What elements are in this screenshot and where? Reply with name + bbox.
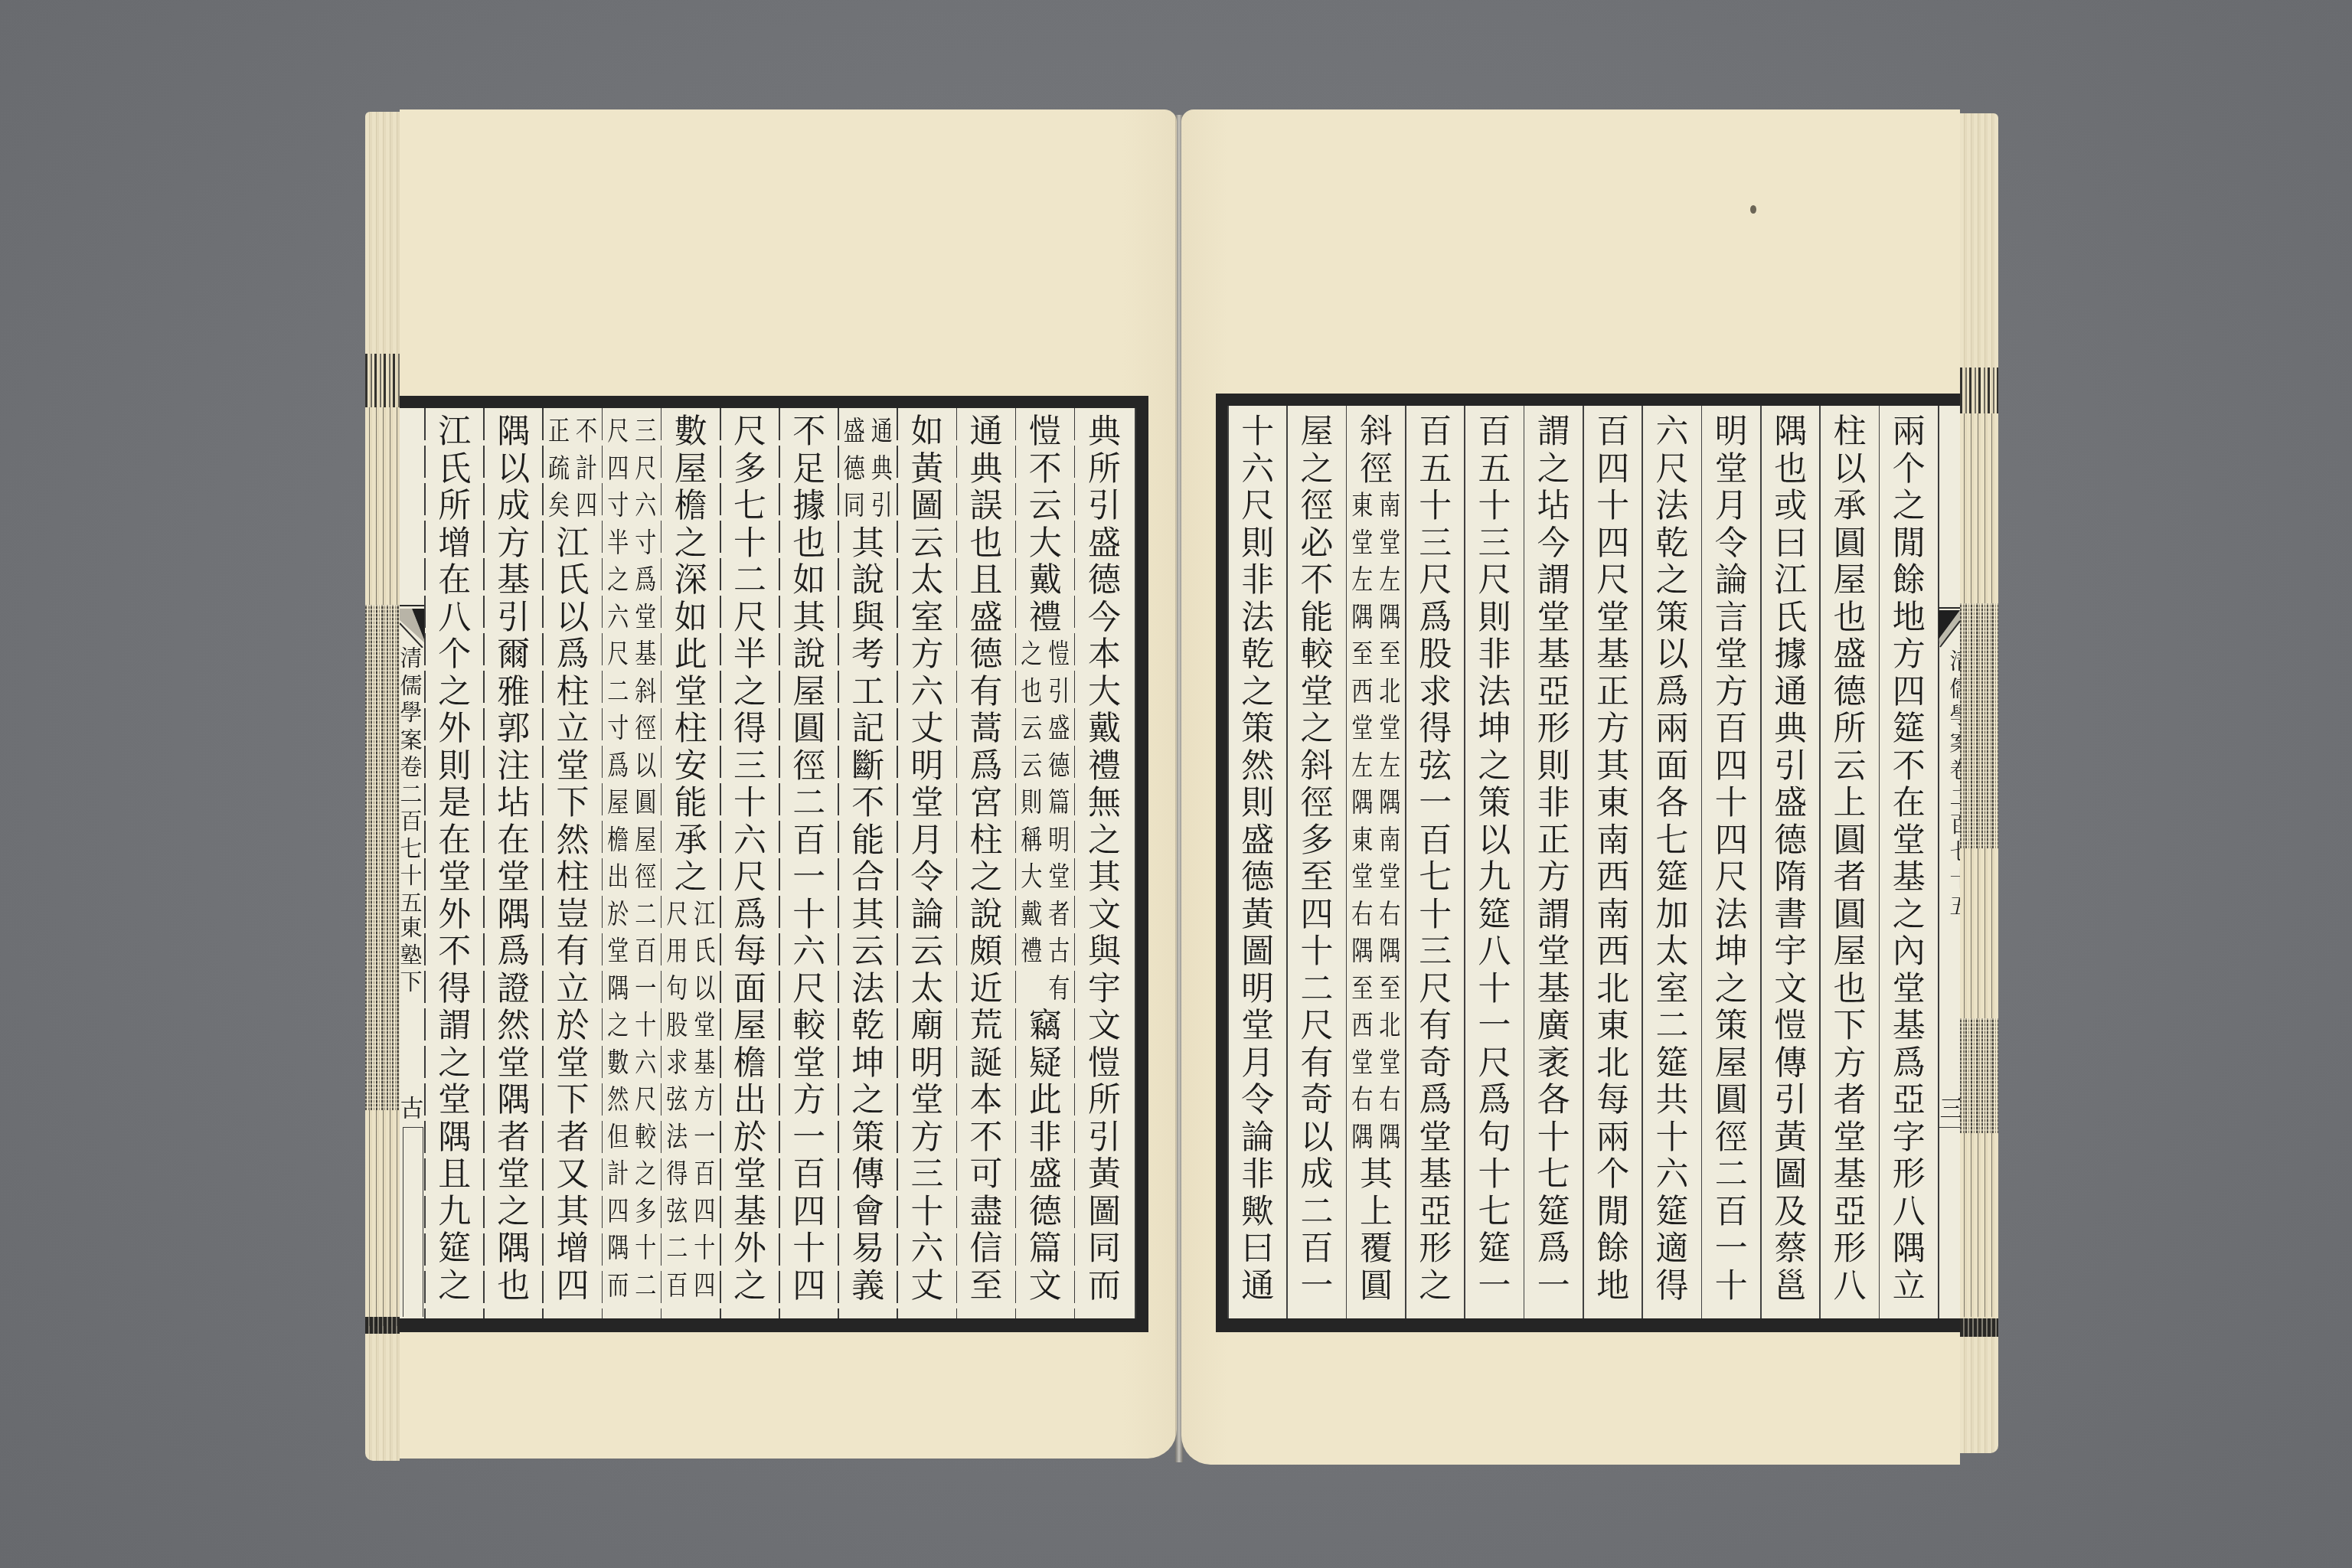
glyph: 禮	[1018, 929, 1044, 975]
glyph: 方	[1880, 636, 1939, 674]
glyph: 各	[1642, 785, 1701, 822]
glyph: 餘	[1880, 562, 1939, 599]
glyph: 四	[1702, 822, 1761, 860]
glyph: 以	[1287, 1119, 1346, 1157]
glyph: 四	[543, 1268, 602, 1305]
glyph: 十	[1228, 413, 1287, 451]
glyph: 較	[1287, 636, 1346, 674]
glyph: 八	[1820, 1268, 1879, 1305]
glyph: 如	[661, 599, 720, 637]
right-text-columns: 兩个之閒餘地方四筵不在堂基之內堂基爲亞字形八隅立 柱以承圓屋也盛德所云上圓者圓屋…	[1228, 406, 1939, 1318]
glyph: 令	[1228, 1082, 1287, 1119]
glyph: 與	[1075, 933, 1134, 971]
glyph: 八	[1465, 933, 1524, 971]
glyph: 承	[1820, 488, 1879, 525]
glyph: 云	[897, 933, 956, 971]
glyph: 圓	[1347, 1268, 1406, 1305]
glyph: 之	[1880, 488, 1939, 525]
glyph: 九	[425, 1194, 484, 1231]
glyph: 基	[1583, 636, 1642, 674]
glyph: 江	[1761, 562, 1820, 599]
glyph: 及	[1761, 1194, 1820, 1231]
glyph: 之	[720, 674, 779, 711]
glyph: 十	[1465, 971, 1524, 1008]
glyph: 圖	[1228, 933, 1287, 971]
glyph: 十	[720, 785, 779, 822]
text-column: 通典引 盛德同 其說與考工記斷不能合其云法乾坤之策傳會易義	[838, 408, 897, 1318]
glyph: 隅	[484, 1230, 543, 1268]
glyph: 个	[425, 636, 484, 674]
glyph: 是	[425, 785, 484, 822]
glyph: 四	[691, 1263, 717, 1309]
note-right-line: 南堂左隅至北堂左隅南堂右隅至北堂右隅	[1377, 488, 1403, 1156]
glyph: 屋	[720, 1008, 779, 1045]
glyph: 東	[1583, 1008, 1642, 1045]
glyph: 也	[1820, 599, 1879, 637]
glyph: 柱	[661, 710, 720, 748]
glyph: 據	[1761, 636, 1820, 674]
glyph: 或	[1761, 488, 1820, 525]
glyph: 引	[1761, 748, 1820, 786]
glyph: 盛	[1016, 1156, 1075, 1194]
main-text: 如黃圖云太室方六丈明堂月令論云太廟明堂方三十六丈	[897, 413, 956, 1305]
glyph: 同	[841, 483, 867, 530]
glyph: 引	[1075, 488, 1134, 525]
glyph: 形	[1880, 1156, 1939, 1194]
glyph: 圓	[1820, 897, 1879, 934]
glyph: 明	[897, 1045, 956, 1083]
glyph: 文	[1761, 971, 1820, 1008]
glyph: 立	[543, 710, 602, 748]
glyph: 能	[1287, 599, 1346, 637]
glyph: 之	[720, 1268, 779, 1305]
main-text: 江氏以爲柱立堂下然柱豈有立於堂下者又其增四	[543, 525, 602, 1305]
right-page-stack-edge	[1960, 113, 1998, 1453]
glyph: 也	[1761, 451, 1820, 488]
glyph: 堂	[1820, 1119, 1879, 1157]
glyph: 者	[484, 1119, 543, 1157]
note-right-line: 三尺六寸爲堂基斜徑以圓屋徑二百一十六尺較之多十二	[632, 413, 658, 1305]
glyph: 十	[779, 1230, 838, 1268]
glyph: 盛	[1075, 525, 1134, 563]
section-label: 東塾下	[400, 915, 424, 997]
glyph: 徑	[1702, 1119, 1761, 1157]
glyph: 儒	[1948, 676, 1960, 704]
glyph: 半	[720, 636, 779, 674]
glyph: 之	[1642, 562, 1701, 599]
glyph: 方	[1583, 710, 1642, 748]
glyph: 引	[484, 599, 543, 637]
glyph: 尺	[1228, 488, 1287, 525]
note-left-line: 東堂左隅至西堂左隅東堂右隅至西堂右隅	[1349, 488, 1375, 1156]
glyph: 數	[661, 413, 720, 451]
glyph: 堂	[1524, 599, 1583, 637]
glyph: 月	[1702, 488, 1761, 525]
glyph: 非	[1016, 1119, 1075, 1157]
glyph: 氏	[425, 451, 484, 488]
glyph: 此	[661, 636, 720, 674]
glyph: 坤	[1465, 710, 1524, 748]
glyph: 爲	[1642, 674, 1701, 711]
glyph: 書	[1761, 897, 1820, 934]
glyph: 尺	[720, 859, 779, 897]
glyph: 基	[720, 1194, 779, 1231]
glyph: 爲	[1524, 1230, 1583, 1268]
glyph: 方	[484, 525, 543, 563]
glyph: 形	[1406, 1230, 1465, 1268]
main-text: 百五十三尺爲股求得弦一百七十三尺有奇爲堂基亞形之	[1406, 413, 1465, 1305]
glyph: 股	[1406, 636, 1465, 674]
glyph: 謂	[1524, 413, 1583, 451]
glyph: 坫	[1524, 488, 1583, 525]
glyph: 尺	[1583, 562, 1642, 599]
glyph: 然	[484, 1008, 543, 1045]
glyph: 百	[1702, 1194, 1761, 1231]
glyph: 筵	[1465, 1230, 1524, 1268]
glyph: 六	[779, 933, 838, 971]
glyph: 四	[1583, 451, 1642, 488]
glyph: 非	[1524, 785, 1583, 822]
glyph: 則	[425, 748, 484, 786]
glyph: 三	[1406, 933, 1465, 971]
glyph: 通	[1228, 1268, 1287, 1305]
glyph: 字	[1880, 1119, 1939, 1157]
glyph: 曰	[1761, 525, 1820, 563]
glyph: 一	[1702, 1230, 1761, 1268]
main-text: 其上覆圓	[1347, 1156, 1406, 1305]
glyph: 兩	[1583, 1119, 1642, 1157]
glyph: 十	[1583, 488, 1642, 525]
text-column: 三尺六寸爲堂基斜徑以圓屋徑二百一十六尺較之多十二 尺四寸半之六尺二寸爲屋檐出於堂…	[603, 408, 661, 1318]
glyph: 明	[897, 748, 956, 786]
glyph: 句	[1465, 1119, 1524, 1157]
glyph: 之	[425, 1268, 484, 1305]
glyph: 黃	[897, 451, 956, 488]
glyph: 地	[1583, 1268, 1642, 1305]
glyph: 者	[1820, 859, 1879, 897]
glyph: 信	[957, 1230, 1016, 1268]
glyph: 氏	[1761, 599, 1820, 637]
glyph: 圖	[1761, 1156, 1820, 1194]
glyph: 圓	[1702, 1082, 1761, 1119]
glyph: 奇	[1406, 1045, 1465, 1083]
note-left-line: 尺用句股求弦法得弦二百	[664, 897, 690, 1305]
glyph: 十	[897, 1194, 956, 1231]
glyph: 云	[1016, 488, 1075, 525]
glyph: 隅	[484, 1082, 543, 1119]
glyph: 隅	[425, 1119, 484, 1157]
glyph: 謂	[1524, 897, 1583, 934]
glyph: 北	[1583, 1045, 1642, 1083]
glyph: 考	[838, 636, 897, 674]
glyph: 案	[1948, 730, 1960, 758]
glyph: 云	[897, 525, 956, 563]
glyph: 堂	[484, 1045, 543, 1083]
glyph: 屋	[779, 674, 838, 711]
glyph: 十	[1642, 1119, 1701, 1157]
glyph: 加	[1642, 897, 1701, 934]
glyph: 儒	[400, 673, 424, 701]
glyph: 氏	[543, 562, 602, 599]
glyph: 三	[1465, 525, 1524, 563]
glyph: 百	[1583, 413, 1642, 451]
lower-margin-box	[1939, 1127, 1960, 1317]
glyph: 而	[605, 1263, 631, 1309]
glyph: 堂	[484, 859, 543, 897]
glyph: 法	[838, 971, 897, 1008]
glyph: 盛	[1761, 785, 1820, 822]
glyph: 爲	[720, 897, 779, 934]
glyph: 八	[425, 599, 484, 637]
glyph: 七	[1642, 822, 1701, 860]
interlinear-note: 通典引 盛德同	[838, 413, 897, 525]
glyph: 每	[720, 933, 779, 971]
glyph: 一	[1406, 785, 1465, 822]
glyph: 以	[1820, 451, 1879, 488]
glyph: 戴	[1075, 710, 1134, 748]
glyph: 言	[1702, 599, 1761, 637]
glyph: 爲	[1465, 1082, 1524, 1119]
glyph: 正	[1524, 822, 1583, 860]
glyph: 引	[869, 483, 895, 530]
main-text: 尺多七十二尺半之得三十六尺爲每面屋檐出於堂基外之	[720, 413, 779, 1305]
glyph: 袤	[1524, 1045, 1583, 1083]
glyph: 尺	[779, 971, 838, 1008]
glyph: 者	[543, 1119, 602, 1157]
glyph: 東	[1583, 785, 1642, 822]
note-left-line: 尺四寸半之六尺二寸爲屋檐出於堂隅之數然但計四隅而	[605, 413, 631, 1305]
glyph: 堂	[1228, 1008, 1287, 1045]
glyph: 乾	[838, 1008, 897, 1045]
glyph: 屋	[661, 451, 720, 488]
glyph: 二	[1642, 1008, 1701, 1045]
glyph: 丈	[897, 710, 956, 748]
glyph: 屋	[1702, 1045, 1761, 1083]
glyph: 堂	[1880, 822, 1939, 860]
glyph: 方	[897, 636, 956, 674]
glyph: 十	[1948, 866, 1960, 893]
glyph: 江	[425, 413, 484, 451]
glyph: 於	[720, 1119, 779, 1157]
glyph: 文	[1075, 897, 1134, 934]
main-text: 柱以承圓屋也盛德所云上圓者圓屋也下方者堂基亞形八	[1820, 413, 1879, 1305]
glyph: 屋	[1287, 413, 1346, 451]
glyph: 太	[897, 971, 956, 1008]
glyph: 堂	[1406, 1119, 1465, 1157]
glyph: 上	[1820, 785, 1879, 822]
glyph: 柱	[543, 859, 602, 897]
glyph: 百	[664, 1263, 690, 1309]
glyph: 蔡	[1761, 1230, 1820, 1268]
glyph: 其	[543, 1194, 602, 1231]
book-title: 清儒學案卷二百七十五	[1948, 648, 1960, 920]
glyph: 圓	[1820, 525, 1879, 563]
glyph: 法	[1702, 897, 1761, 934]
glyph: 亞	[1820, 1194, 1879, 1231]
glyph: 筵	[1642, 859, 1701, 897]
glyph: 在	[425, 562, 484, 599]
glyph: 多	[1287, 822, 1346, 860]
glyph: 堂	[1524, 933, 1583, 971]
glyph: 說	[838, 562, 897, 599]
page-edge-ink	[1960, 367, 1998, 413]
text-column: 斜徑 南堂左隅至北堂左隅南堂右隅至北堂右隅 東堂左隅至西堂左隅東堂右隅至西堂右隅…	[1347, 406, 1406, 1318]
glyph: 十	[1406, 488, 1465, 525]
glyph: 又	[543, 1156, 602, 1194]
glyph: 爲	[543, 636, 602, 674]
glyph: 隅	[484, 413, 543, 451]
glyph: 兩	[1880, 413, 1939, 451]
interlinear-note: 三尺六寸爲堂基斜徑以圓屋徑二百一十六尺較之多十二 尺四寸半之六尺二寸爲屋檐出於堂…	[603, 413, 661, 1305]
glyph: 基	[1524, 636, 1583, 674]
glyph: 圓	[1820, 822, 1879, 860]
glyph: 戴	[1016, 562, 1075, 599]
main-text: 數屋檐之深如此堂柱安能承之	[661, 413, 720, 897]
glyph: 百	[1465, 413, 1524, 451]
main-text: 通典誤也且盛德有蒿爲宮柱之說頗近荒誕本不可盡信至	[957, 413, 1016, 1305]
glyph: 得	[1406, 710, 1465, 748]
glyph: 歟	[1228, 1194, 1287, 1231]
glyph: 則	[1228, 785, 1287, 822]
text-column: 數屋檐之深如此堂柱安能承之 江氏以堂基方一百四十四 尺用句股求弦法得弦二百	[661, 408, 720, 1318]
left-fold-margin: 清儒學案卷二百七十五 東塾下 古	[400, 408, 425, 1318]
glyph: 荒	[957, 1008, 1016, 1045]
glyph: 面	[720, 971, 779, 1008]
glyph: 誕	[957, 1045, 1016, 1083]
glyph: 月	[897, 822, 956, 860]
glyph: 古	[400, 1095, 425, 1122]
glyph: 十	[1465, 488, 1524, 525]
glyph: 黃	[1228, 897, 1287, 934]
glyph: 不	[1016, 451, 1075, 488]
glyph: 五	[400, 890, 424, 918]
left-text-frame: 清儒學案卷二百七十五 東塾下 古 典所引盛德今本大戴禮無之其文與宇文愷所引黃圖同…	[400, 396, 1148, 1332]
glyph: 德	[1075, 562, 1134, 599]
glyph: 謂	[1524, 562, 1583, 599]
glyph: 北	[1583, 971, 1642, 1008]
glyph: 可	[957, 1156, 1016, 1194]
glyph: 二	[1287, 971, 1346, 1008]
book-title: 清儒學案卷二百七十五	[400, 645, 424, 917]
glyph: 基	[1820, 1156, 1879, 1194]
glyph: 堂	[720, 1156, 779, 1194]
lower-margin-box	[403, 1127, 423, 1317]
glyph: 六	[1228, 451, 1287, 488]
glyph: 爲	[1406, 1082, 1465, 1119]
glyph: 四	[1287, 897, 1346, 934]
glyph: 德	[1228, 859, 1287, 897]
glyph: 方	[1702, 674, 1761, 711]
glyph: 篇	[1016, 1230, 1075, 1268]
glyph: 坤	[1702, 933, 1761, 971]
glyph: 能	[838, 822, 897, 860]
glyph: 五	[1406, 451, 1465, 488]
glyph: 法	[1228, 599, 1287, 637]
glyph: 六	[720, 822, 779, 860]
glyph: 七	[720, 488, 779, 525]
glyph: 通	[957, 413, 1016, 451]
glyph: 四	[779, 1194, 838, 1231]
glyph: 基	[1880, 859, 1939, 897]
glyph: 尺	[1406, 562, 1465, 599]
glyph: 一	[1465, 1268, 1524, 1305]
glyph: 令	[897, 859, 956, 897]
glyph: 法	[1465, 674, 1524, 711]
note-left-line: 盛德同	[841, 413, 867, 525]
text-column: 不足據也如其說屋圓徑二百一十六尺較堂方一百四十四	[779, 408, 838, 1318]
glyph: 百	[1406, 822, 1465, 860]
paper-blemish	[1750, 205, 1756, 214]
glyph: 如	[897, 413, 956, 451]
left-page-stack-edge	[365, 112, 400, 1461]
glyph: 爲	[484, 933, 543, 971]
glyph: 隅	[1349, 1114, 1375, 1161]
glyph: 能	[661, 785, 720, 822]
glyph: 不	[957, 1119, 1016, 1157]
glyph: 亞	[1406, 1194, 1465, 1231]
glyph: 之	[1406, 1268, 1465, 1305]
glyph: 案	[400, 727, 424, 755]
glyph: 堂	[661, 674, 720, 711]
glyph: 基	[484, 562, 543, 599]
glyph: 矣	[546, 483, 572, 530]
glyph: 德	[957, 636, 1016, 674]
glyph: 於	[543, 1008, 602, 1045]
glyph: 柱	[1820, 413, 1879, 451]
glyph: 頗	[957, 933, 1016, 971]
glyph: 隅	[1880, 1230, 1939, 1268]
glyph: 有	[957, 674, 1016, 711]
glyph: 卷	[1948, 757, 1960, 785]
glyph: 百	[1948, 812, 1960, 839]
glyph: 百	[779, 1156, 838, 1194]
glyph: 內	[1880, 933, 1939, 971]
glyph: 不	[1287, 562, 1346, 599]
glyph: 所	[1075, 451, 1134, 488]
glyph: 邕	[1761, 1268, 1820, 1305]
glyph: 引	[1075, 1119, 1134, 1157]
glyph: 深	[661, 562, 720, 599]
glyph: 方	[1524, 859, 1583, 897]
glyph: 一	[1524, 1268, 1583, 1305]
text-column: 愷不云大戴禮 愷引盛德篇明堂者古有 之也云云則稱大戴禮 竊疑此非盛德篇文	[1016, 408, 1075, 1318]
glyph: 法	[1642, 488, 1701, 525]
glyph: 愷	[1016, 413, 1075, 451]
glyph: 十	[1524, 1119, 1583, 1157]
glyph: 南	[1583, 897, 1642, 934]
glyph: 之	[661, 525, 720, 563]
note-right-line: 江氏以堂基方一百四十四	[691, 897, 717, 1305]
text-column: 百五十三尺爲股求得弦一百七十三尺有奇爲堂基亞形之	[1406, 406, 1465, 1318]
glyph: 上	[1347, 1194, 1406, 1231]
glyph: 其	[779, 599, 838, 637]
glyph: 十	[1287, 933, 1346, 971]
text-column: 兩个之閒餘地方四筵不在堂基之內堂基爲亞字形八隅立	[1880, 406, 1939, 1318]
glyph: 六	[897, 1230, 956, 1268]
glyph: 基	[1524, 971, 1583, 1008]
glyph: 奇	[1287, 1082, 1346, 1119]
glyph: 豈	[543, 897, 602, 934]
glyph: 其	[1583, 748, 1642, 786]
interlinear-note: 江氏以堂基方一百四十四 尺用句股求弦法得弦二百	[661, 897, 720, 1305]
glyph: 非	[1228, 1156, 1287, 1194]
glyph: 引	[1761, 1082, 1820, 1119]
glyph: 七	[400, 836, 424, 864]
glyph: 圖	[1075, 1194, 1134, 1231]
glyph: 非	[1465, 636, 1524, 674]
glyph: 宇	[1761, 933, 1820, 971]
glyph: 弦	[1406, 748, 1465, 786]
